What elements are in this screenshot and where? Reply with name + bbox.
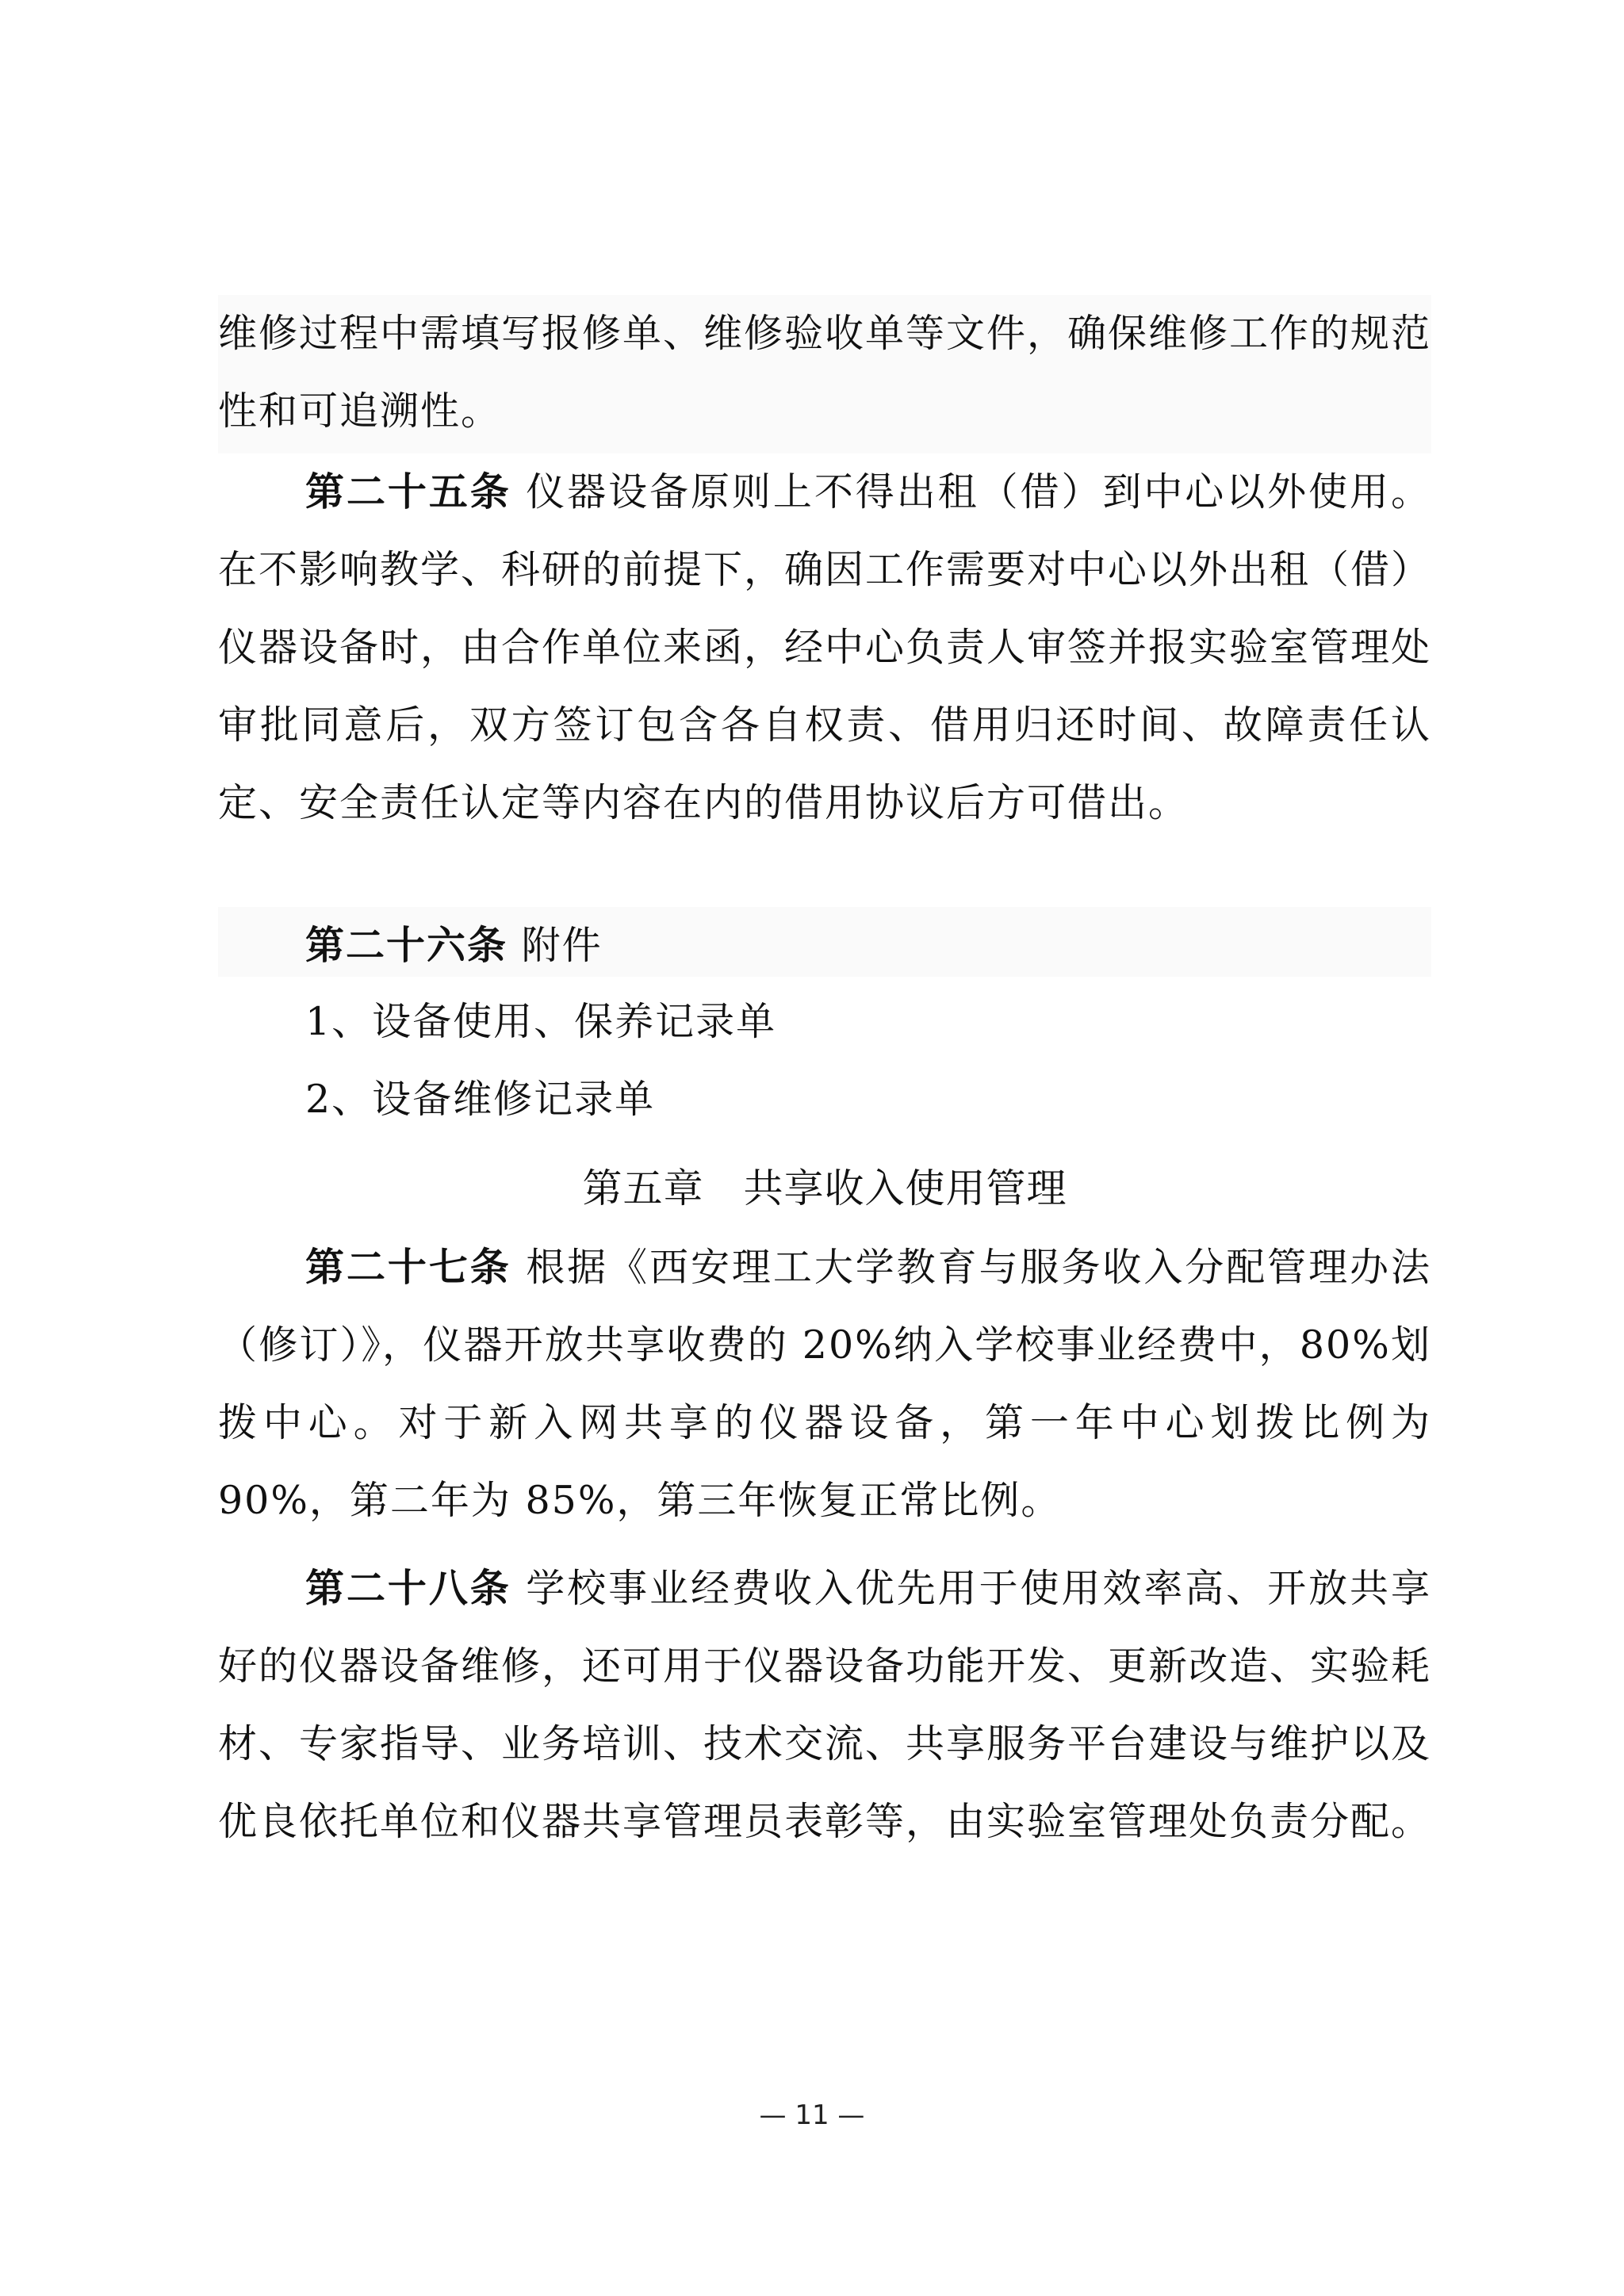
continuation-paragraph: 维修过程中需填写报修单、维修验收单等文件，确保维修工作的规范性和可追溯性。 xyxy=(218,295,1431,450)
chapter-heading: 第五章共享收入使用管理 xyxy=(218,1150,1431,1227)
attachment-item-1: 1、设备使用、保养记录单 xyxy=(218,983,1431,1061)
article-27-heading: 第二十七条 xyxy=(305,1245,511,1290)
article-26-heading: 第二十六条 xyxy=(305,923,507,968)
article-26: 第二十六条 附件 xyxy=(218,907,1431,977)
page-number: — 11 — xyxy=(0,2099,1624,2131)
attachment-item-2: 2、设备维修记录单 xyxy=(218,1061,1431,1138)
article-28: 第二十八条 学校事业经费收入优先用于使用效率高、开放共享好的仪器设备维修，还可用… xyxy=(218,1550,1431,1861)
article-25: 第二十五条 仪器设备原则上不得出租（借）到中心以外使用。在不影响教学、科研的前提… xyxy=(218,453,1431,842)
continuation-paragraph-block: 维修过程中需填写报修单、维修验收单等文件，确保维修工作的规范性和可追溯性。 xyxy=(218,295,1431,453)
article-25-paragraph: 第二十五条 仪器设备原则上不得出租（借）到中心以外使用。在不影响教学、科研的前提… xyxy=(218,453,1431,842)
article-27-paragraph: 第二十七条 根据《西安理工大学教育与服务收入分配管理办法（修订）》，仪器开放共享… xyxy=(218,1229,1431,1540)
chapter-number: 第五章 xyxy=(583,1165,704,1211)
article-28-heading: 第二十八条 xyxy=(305,1566,511,1611)
article-26-body: 附件 xyxy=(522,923,603,968)
article-26-paragraph: 第二十六条 附件 xyxy=(218,907,1431,985)
chapter-title: 第五章共享收入使用管理 xyxy=(218,1150,1431,1227)
article-27: 第二十七条 根据《西安理工大学教育与服务收入分配管理办法（修订）》，仪器开放共享… xyxy=(218,1229,1431,1540)
attachments-list: 1、设备使用、保养记录单 2、设备维修记录单 xyxy=(218,983,1431,1138)
chapter-name: 共享收入使用管理 xyxy=(744,1165,1067,1211)
article-25-heading: 第二十五条 xyxy=(305,469,511,515)
article-28-paragraph: 第二十八条 学校事业经费收入优先用于使用效率高、开放共享好的仪器设备维修，还可用… xyxy=(218,1550,1431,1861)
article-25-body: 仪器设备原则上不得出租（借）到中心以外使用。在不影响教学、科研的前提下，确因工作… xyxy=(218,469,1431,825)
document-page: 维修过程中需填写报修单、维修验收单等文件，确保维修工作的规范性和可追溯性。 第二… xyxy=(0,0,1624,2296)
